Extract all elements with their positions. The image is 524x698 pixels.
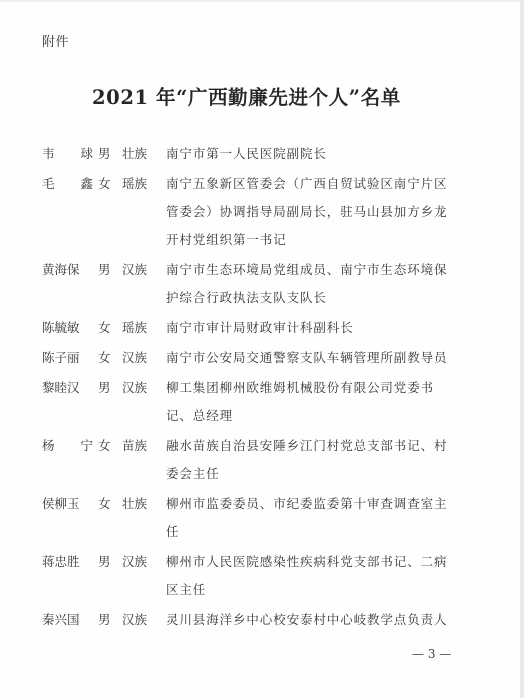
person-gender: 女 — [98, 432, 122, 460]
list-item: 侯柳玉 女 壮族 柳州市监委委员、市纪委监委第十审查调查室主任 — [42, 490, 482, 546]
attachment-label: 附件 — [42, 31, 69, 50]
person-position: 南宁市公安局交通警察支队车辆管理所副教导员 — [166, 344, 456, 372]
person-position: 柳州市监委委员、市纪委监委第十审查调查室主任 — [166, 490, 456, 546]
person-position: 柳工集团柳州欧维姆机械股份有限公司党委书记、总经理 — [166, 374, 456, 430]
person-ethnicity: 壮族 — [122, 490, 166, 518]
person-position: 南宁市审计局财政审计科副科长 — [166, 314, 456, 342]
document-page: 附件 2021 年“广西勤廉先进个人”名单 韦 球 男 壮族 南宁市第一人民医院… — [0, 0, 520, 698]
page-edge-divider — [520, 0, 524, 698]
list-item: 陈毓敏 女 瑶族 南宁市审计局财政审计科副科长 — [42, 314, 482, 342]
person-ethnicity: 汉族 — [122, 256, 166, 284]
page-top-border — [0, 0, 524, 2]
list-item: 杨 宁 女 苗族 融水苗族自治县安陲乡江门村党总支部书记、村委会主任 — [42, 432, 482, 488]
person-gender: 男 — [98, 606, 122, 634]
list-item: 毛 鑫 女 瑶族 南宁五象新区管委会（广西自贸试验区南宁片区管委会）协调指导局副… — [42, 170, 482, 254]
person-name: 韦 球 — [42, 140, 98, 168]
person-gender: 男 — [98, 374, 122, 402]
person-ethnicity: 瑶族 — [122, 170, 166, 198]
person-position: 柳州市人民医院感染性疾病科党支部书记、二病区主任 — [166, 548, 456, 604]
person-position: 南宁市生态环境局党组成员、南宁市生态环境保护综合行政执法支队支队长 — [166, 256, 456, 312]
list-item: 蒋忠胜 男 汉族 柳州市人民医院感染性疾病科党支部书记、二病区主任 — [42, 548, 482, 604]
person-name: 陈毓敏 — [42, 314, 98, 342]
person-name: 杨 宁 — [42, 432, 98, 460]
person-position: 南宁市第一人民医院副院长 — [166, 140, 456, 168]
person-position: 灵川县海洋乡中心校安泰村中心岐教学点负责人 — [166, 606, 456, 634]
person-position: 南宁五象新区管委会（广西自贸试验区南宁片区管委会）协调指导局副局长，驻马山县加方… — [166, 170, 456, 254]
person-ethnicity: 苗族 — [122, 432, 166, 460]
person-name: 黎睦汉 — [42, 374, 98, 402]
person-gender: 女 — [98, 344, 122, 372]
person-name: 秦兴国 — [42, 606, 98, 634]
person-gender: 男 — [98, 140, 122, 168]
person-ethnicity: 汉族 — [122, 374, 166, 402]
person-name: 黄海保 — [42, 256, 98, 284]
page-number: — 3 — — [412, 647, 451, 661]
person-gender: 男 — [98, 256, 122, 284]
person-ethnicity: 汉族 — [122, 606, 166, 634]
list-item: 秦兴国 男 汉族 灵川县海洋乡中心校安泰村中心岐教学点负责人 — [42, 606, 482, 634]
person-gender: 女 — [98, 314, 122, 342]
person-name: 陈子丽 — [42, 344, 98, 372]
person-position: 融水苗族自治县安陲乡江门村党总支部书记、村委会主任 — [166, 432, 456, 488]
person-name: 蒋忠胜 — [42, 548, 98, 576]
person-gender: 女 — [98, 170, 122, 198]
honoree-list: 韦 球 男 壮族 南宁市第一人民医院副院长 毛 鑫 女 瑶族 南宁五象新区管委会… — [42, 140, 482, 636]
person-ethnicity: 壮族 — [122, 140, 166, 168]
person-gender: 男 — [98, 548, 122, 576]
document-title: 2021 年“广西勤廉先进个人”名单 — [92, 82, 401, 110]
person-gender: 女 — [98, 490, 122, 518]
list-item: 陈子丽 女 汉族 南宁市公安局交通警察支队车辆管理所副教导员 — [42, 344, 482, 372]
person-ethnicity: 瑶族 — [122, 314, 166, 342]
list-item: 黎睦汉 男 汉族 柳工集团柳州欧维姆机械股份有限公司党委书记、总经理 — [42, 374, 482, 430]
list-item: 黄海保 男 汉族 南宁市生态环境局党组成员、南宁市生态环境保护综合行政执法支队支… — [42, 256, 482, 312]
person-ethnicity: 汉族 — [122, 548, 166, 576]
person-ethnicity: 汉族 — [122, 344, 166, 372]
person-name: 侯柳玉 — [42, 490, 98, 518]
person-name: 毛 鑫 — [42, 170, 98, 198]
list-item: 韦 球 男 壮族 南宁市第一人民医院副院长 — [42, 140, 482, 168]
